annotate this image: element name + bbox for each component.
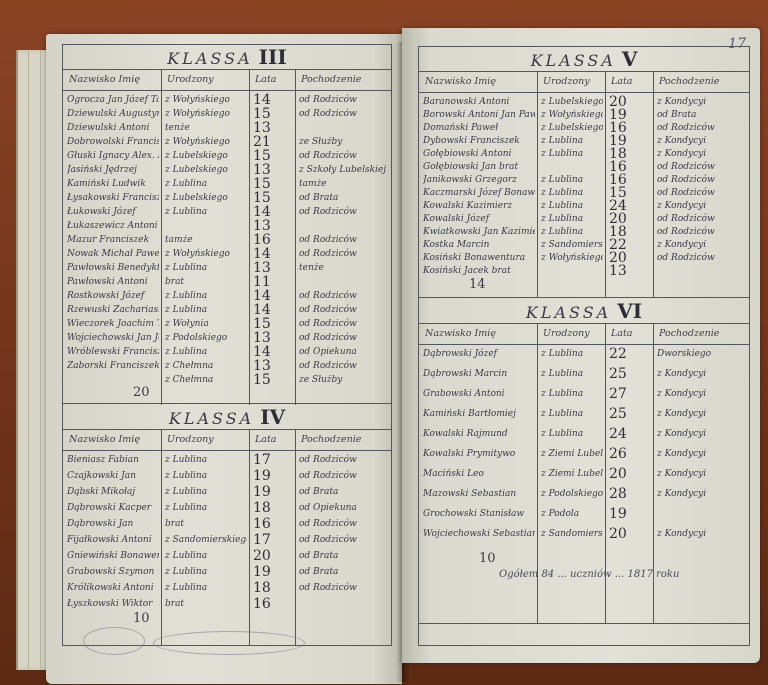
ledger-row: Dąbrowski Kacperz Lublina18od Opiekuna [63,501,391,516]
ledger-row: Królikowski Antoniz Lublina18od Rodziców [63,581,391,596]
birthplace: brat [165,597,247,612]
age: 18 [253,581,293,596]
ledger-row: Kamiński Bartłomiejz Lublina25z Kondycyi [419,407,749,422]
class-numeral: VI [617,299,642,323]
col-header-name: Nazwisko Imię [63,69,161,91]
student-name: Kamiński Ludwik [67,177,159,192]
birthplace: z Podolskiego [541,487,603,502]
birthplace: z Lublina [165,303,247,318]
decorative-flourish [83,627,145,655]
birthplace: z Lublina [165,205,247,220]
ledger-row: Głuski Ignacy Alex. Kuleszaz Lubelskiego… [63,149,391,164]
ledger-row: Dąbrowski Janbrat16od Rodziców [63,517,391,532]
residence-origin: od Opiekuna [299,345,389,360]
birthplace: z Lublina [541,407,603,422]
age: 14 [253,289,293,304]
birthplace: z Wołyńskiego [165,135,247,150]
col-header-origin: Urodzony [537,323,605,345]
age: 11 [253,275,293,290]
birthplace: z Wołynia [165,317,247,332]
birthplace: z Sandomierskiego [165,533,247,548]
residence-origin: od Rodziców [299,233,389,248]
col-header-name: Nazwisko Imię [63,429,161,451]
ledger-row: Fijałkowski Antoniz Sandomierskiego17od … [63,533,391,548]
age: 17 [253,533,293,548]
student-name: Grabowski Szymon [67,565,159,580]
class-vi-section: KLASSAVI Nazwisko Imię Urodzony Lata Poc… [419,299,749,645]
student-name: Kowalski Prymitywo [423,447,535,462]
class-total: 10 [133,611,150,626]
student-name: Łyszkowski Wiktor [67,597,159,612]
ledger-row: Ogrocza Jan Józef Taborz Wołyńskiego14od… [63,93,391,108]
birthplace: z Lublina [165,177,247,192]
student-name: Grochowski Stanisław [423,507,535,522]
left-page: KLASSAIII Nazwisko Imię Urodzony Lata Po… [46,34,402,684]
student-name: Kowalski Rajmund [423,427,535,442]
student-name: Wojciechowski Jan Józef [67,331,159,346]
age: 20 [253,549,293,564]
ledger-row: Maciński Leoz Ziemi Lubelskiej20z Kondyc… [419,467,749,482]
age: 22 [609,347,651,362]
residence-origin: tenże [299,261,389,276]
left-page-ruled-frame: KLASSAIII Nazwisko Imię Urodzony Lata Po… [62,44,392,646]
birthplace: z Lubelskiego [165,191,247,206]
birthplace: z Lublina [165,581,247,596]
age: 19 [253,565,293,580]
class-total: 14 [469,277,486,292]
age: 14 [253,303,293,318]
age: 15 [253,191,293,206]
residence-origin: od Rodziców [299,93,389,108]
student-name: Głuski Ignacy Alex. Kulesza [67,149,159,164]
age: 16 [253,597,293,612]
ledger-row: Wojciechowski Jan Józefz Podolskiego13od… [63,331,391,346]
ledger-row: Nowak Michał Paweł Dzięczz Wołyńskiego14… [63,247,391,262]
class-numeral: IV [260,405,285,429]
student-name: Łysakowski Franciszek [67,191,159,206]
residence-origin: od Rodziców [299,107,389,122]
age: 26 [609,447,651,462]
ledger-row: Jasiński Jędrzejz Lubelskiego13z Szkoły … [63,163,391,178]
class-title: KLASSAIII [63,45,391,70]
ledger-row: Mazowski Sebastianz Podolskiego28z Kondy… [419,487,749,502]
student-name: Ogrocza Jan Józef Tabor [67,93,159,108]
residence-origin: od Rodziców [299,359,389,374]
residence-origin: od Rodziców [299,581,389,596]
col-header-origin: Urodzony [161,429,249,451]
ledger-row: Rostkowski Józefz Lublina14od Rodziców [63,289,391,304]
residence-origin: ze Służby [299,135,389,150]
class-numeral: V [622,47,638,71]
col-header-age: Lata [249,429,295,451]
ledger-row: Pawłowski Antonibrat11 [63,275,391,290]
residence-origin: od Brata [299,549,389,564]
ledger-row: Bieniasz Fabianz Lublina17od Rodziców [63,453,391,468]
student-name: Łukowski Józef [67,205,159,220]
birthplace: z Lubelskiego [165,149,247,164]
birthplace: z Lublina [165,261,247,276]
birthplace: z Lublina [165,469,247,484]
residence-origin: od Brata [299,485,389,500]
col-header-name: Nazwisko Imię [419,71,537,93]
residence-origin: z Kondycyi [657,387,747,402]
birthplace: z Lublina [165,549,247,564]
birthplace: z Podola [541,507,603,522]
col-header-age: Lata [605,71,653,93]
residence-origin: z Szkoły Lubelskiej [299,163,389,178]
age: 24 [609,427,651,442]
student-name: Wieczorek Joachim Teodor [67,317,159,332]
age: 20 [609,467,651,482]
residence-origin: z Kondycyi [657,367,747,382]
col-header-origin: Urodzony [537,71,605,93]
age: 15 [253,107,293,122]
birthplace: z Lublina [165,453,247,468]
class-iv-section: KLASSAIV Nazwisko Imię Urodzony Lata Poc… [63,405,391,645]
student-name: Fijałkowski Antoni [67,533,159,548]
student-name: Maciński Leo [423,467,535,482]
student-name: Rzewuski Zachariasz [67,303,159,318]
student-name: Czajkowski Jan [67,469,159,484]
birthplace: z Lublina [541,387,603,402]
class-iii-section: KLASSAIII Nazwisko Imię Urodzony Lata Po… [63,45,391,405]
col-header-residence: Pochodzenie [295,429,391,451]
ledger-row: Grochowski Stanisławz Podola19 [419,507,749,522]
birthplace: z Lublina [165,345,247,360]
class-total: 10 [479,551,496,566]
residence-origin: od Rodziców [299,469,389,484]
age: 14 [253,93,293,108]
residence-origin: od Brata [299,565,389,580]
ledger-row: z Chełmna15ze Służby [63,373,391,388]
right-page-ruled-frame: KLASSAV Nazwisko Imię Urodzony Lata Poch… [418,46,750,646]
student-name: Królikowski Antoni [67,581,159,596]
student-name: Rostkowski Józef [67,289,159,304]
student-name: Pawłowski Antoni [67,275,159,290]
residence-origin: tamże [299,177,389,192]
ledger-row: Dziewulski Augustynz Wołyńskiego15od Rod… [63,107,391,122]
age: 15 [253,373,293,388]
decorative-flourish [153,631,305,655]
student-name: Dziewulski Antoni [67,121,159,136]
student-name: Łukaszewicz Antoni brat [67,219,159,234]
residence-origin: z Kondycyi [657,467,747,482]
ledger-row: Mazur Franciszektamże16od Rodziców [63,233,391,248]
ledger-row: Dobrowolski Franciszekz Wołyńskiego21ze … [63,135,391,150]
age: 13 [253,261,293,276]
birthplace: z Sandomierskiego [541,527,603,542]
student-name: Mazur Franciszek [67,233,159,248]
age: 28 [609,487,651,502]
ledger-row: Łukaszewicz Antoni brat13 [63,219,391,234]
student-name: Dąbski Mikołaj [67,485,159,500]
summary-note: Ogółem 84 ... uczniów ... 1817 roku [499,569,679,580]
student-name: Gniewiński Bonawentura [67,549,159,564]
student-name: Mazowski Sebastian [423,487,535,502]
col-header-age: Lata [249,69,295,91]
age: 15 [253,317,293,332]
birthplace: z Lublina [165,289,247,304]
age: 13 [253,121,293,136]
ledger-row: Dziewulski Antonitenże13 [63,121,391,136]
age: 14 [253,345,293,360]
ledger-row: Zaborski Franciszekz Chełmna13od Rodzicó… [63,359,391,374]
age: 21 [253,135,293,150]
ledger-row: Łukowski Józefz Lublina14od Rodziców [63,205,391,220]
residence-origin: od Rodziców [299,453,389,468]
age: 13 [253,359,293,374]
age: 19 [609,507,651,522]
birthplace: z Ziemi Lubelskiej [541,467,603,482]
birthplace: z Chełmna [165,359,247,374]
age: 27 [609,387,651,402]
class-total: 20 [133,385,150,400]
residence-origin: z Kondycyi [657,407,747,422]
student-name: Dąbrowski Józef [423,347,535,362]
age: 16 [253,517,293,532]
birthplace: z Wołyńskiego [165,93,247,108]
residence-origin: od Rodziców [299,205,389,220]
age: 15 [253,149,293,164]
col-header-age: Lata [605,323,653,345]
ledger-row: Kowalski Rajmundz Lublina24z Kondycyi [419,427,749,442]
age: 19 [253,485,293,500]
residence-origin: od Rodziców [299,303,389,318]
residence-origin: od Rodziców [299,331,389,346]
student-name: Wróblewski Franciszek [67,345,159,360]
student-name: Kamiński Bartłomiej [423,407,535,422]
residence-origin: od Rodziców [299,149,389,164]
age: 13 [609,264,651,279]
residence-origin: ze Służby [299,373,389,388]
age: 19 [253,469,293,484]
birthplace: z Lubelskiego [165,163,247,178]
student-name: Dziewulski Augustyn [67,107,159,122]
class-title: KLASSAV [419,47,749,72]
age: 16 [253,233,293,248]
age: 13 [253,219,293,234]
residence-origin: od Rodziców [299,289,389,304]
ledger-row: Wróblewski Franciszekz Lublina14od Opiek… [63,345,391,360]
student-name: Dąbrowski Kacper [67,501,159,516]
student-name: Dobrowolski Franciszek [67,135,159,150]
student-name: Jasiński Jędrzej [67,163,159,178]
birthplace: z Lublina [541,367,603,382]
class-numeral: III [259,45,287,69]
birthplace: z Chełmna [165,373,247,388]
col-header-name: Nazwisko Imię [419,323,537,345]
col-header-origin: Urodzony [161,69,249,91]
ledger-row: Kamiński Ludwikz Lublina15tamże [63,177,391,192]
residence-origin: z Kondycyi [657,487,747,502]
birthplace: z Lublina [165,501,247,516]
student-name: Dąbrowski Marcin [423,367,535,382]
age: 13 [253,163,293,178]
col-header-residence: Pochodzenie [653,71,749,93]
ledger-row: Dąbrowski Józefz Lublina22Dworskiego [419,347,749,362]
birthplace: brat [165,517,247,532]
student-name: Pawłowski Benedykt [67,261,159,276]
residence-origin: z Kondycyi [657,527,747,542]
birthplace: brat [165,275,247,290]
ledger-row: Kowalski Prymitywoz Ziemi Lubelskiej26z … [419,447,749,462]
residence-origin: od Rodziców [299,533,389,548]
age: 17 [253,453,293,468]
ledger-row: Łysakowski Franciszekz Lubelskiego15od B… [63,191,391,206]
age: 20 [609,527,651,542]
ledger-row: Czajkowski Janz Lublina19od Rodziców [63,469,391,484]
student-name: Zaborski Franciszek [67,359,159,374]
residence-origin: od Rodziców [299,247,389,262]
open-ledger: KLASSAIII Nazwisko Imię Urodzony Lata Po… [8,22,760,672]
ledger-row: Wojciechowski Sebastianz Sandomierskiego… [419,527,749,542]
birthplace: z Lublina [541,427,603,442]
col-header-residence: Pochodzenie [653,323,749,345]
age: 25 [609,367,651,382]
ledger-row: Grabowski Szymonz Lublina19od Brata [63,565,391,580]
age: 15 [253,177,293,192]
class-title: KLASSAIV [63,405,391,430]
right-page: 17 KLASSAV Nazwisko Imię Urodzony Lata P… [402,28,760,663]
class-v-section: KLASSAV Nazwisko Imię Urodzony Lata Poch… [419,47,749,297]
residence-origin: z Kondycyi [657,427,747,442]
age: 14 [253,205,293,220]
student-name: Bieniasz Fabian [67,453,159,468]
col-header-residence: Pochodzenie [295,69,391,91]
ledger-row: Wieczorek Joachim Teodorz Wołynia15od Ro… [63,317,391,332]
student-name: Grabowski Antoni [423,387,535,402]
birthplace: z Ziemi Lubelskiej [541,447,603,462]
age: 18 [253,501,293,516]
age: 14 [253,247,293,262]
residence-origin: od Opiekuna [299,501,389,516]
birthplace: z Lublina [165,485,247,500]
birthplace: tenże [165,121,247,136]
age: 13 [253,331,293,346]
student-name: Nowak Michał Paweł Dzięcz [67,247,159,262]
ledger-row: Grabowski Antoniz Lublina27z Kondycyi [419,387,749,402]
residence-origin: z Kondycyi [657,447,747,462]
ledger-row: Gniewiński Bonawenturaz Lublina20od Brat… [63,549,391,564]
age: 25 [609,407,651,422]
birthplace: z Lublina [541,347,603,362]
birthplace: z Lublina [165,565,247,580]
residence-origin: Dworskiego [657,347,747,362]
student-name: Dąbrowski Jan [67,517,159,532]
ledger-row: Łyszkowski Wiktorbrat16 [63,597,391,612]
residence-origin: od Rodziców [299,517,389,532]
ledger-row: Dąbski Mikołajz Lublina19od Brata [63,485,391,500]
ledger-row: Dąbrowski Marcinz Lublina25z Kondycyi [419,367,749,382]
student-name: Wojciechowski Sebastian [423,527,535,542]
birthplace: z Podolskiego [165,331,247,346]
ledger-row: Pawłowski Benedyktz Lublina13tenże [63,261,391,276]
birthplace: tamże [165,233,247,248]
birthplace: z Wołyńskiego [165,107,247,122]
ledger-row: Rzewuski Zachariaszz Lublina14od Rodzicó… [63,303,391,318]
class-title: KLASSAVI [419,299,749,324]
residence-origin: od Rodziców [299,317,389,332]
residence-origin: od Brata [299,191,389,206]
birthplace: z Wołyńskiego [165,247,247,262]
